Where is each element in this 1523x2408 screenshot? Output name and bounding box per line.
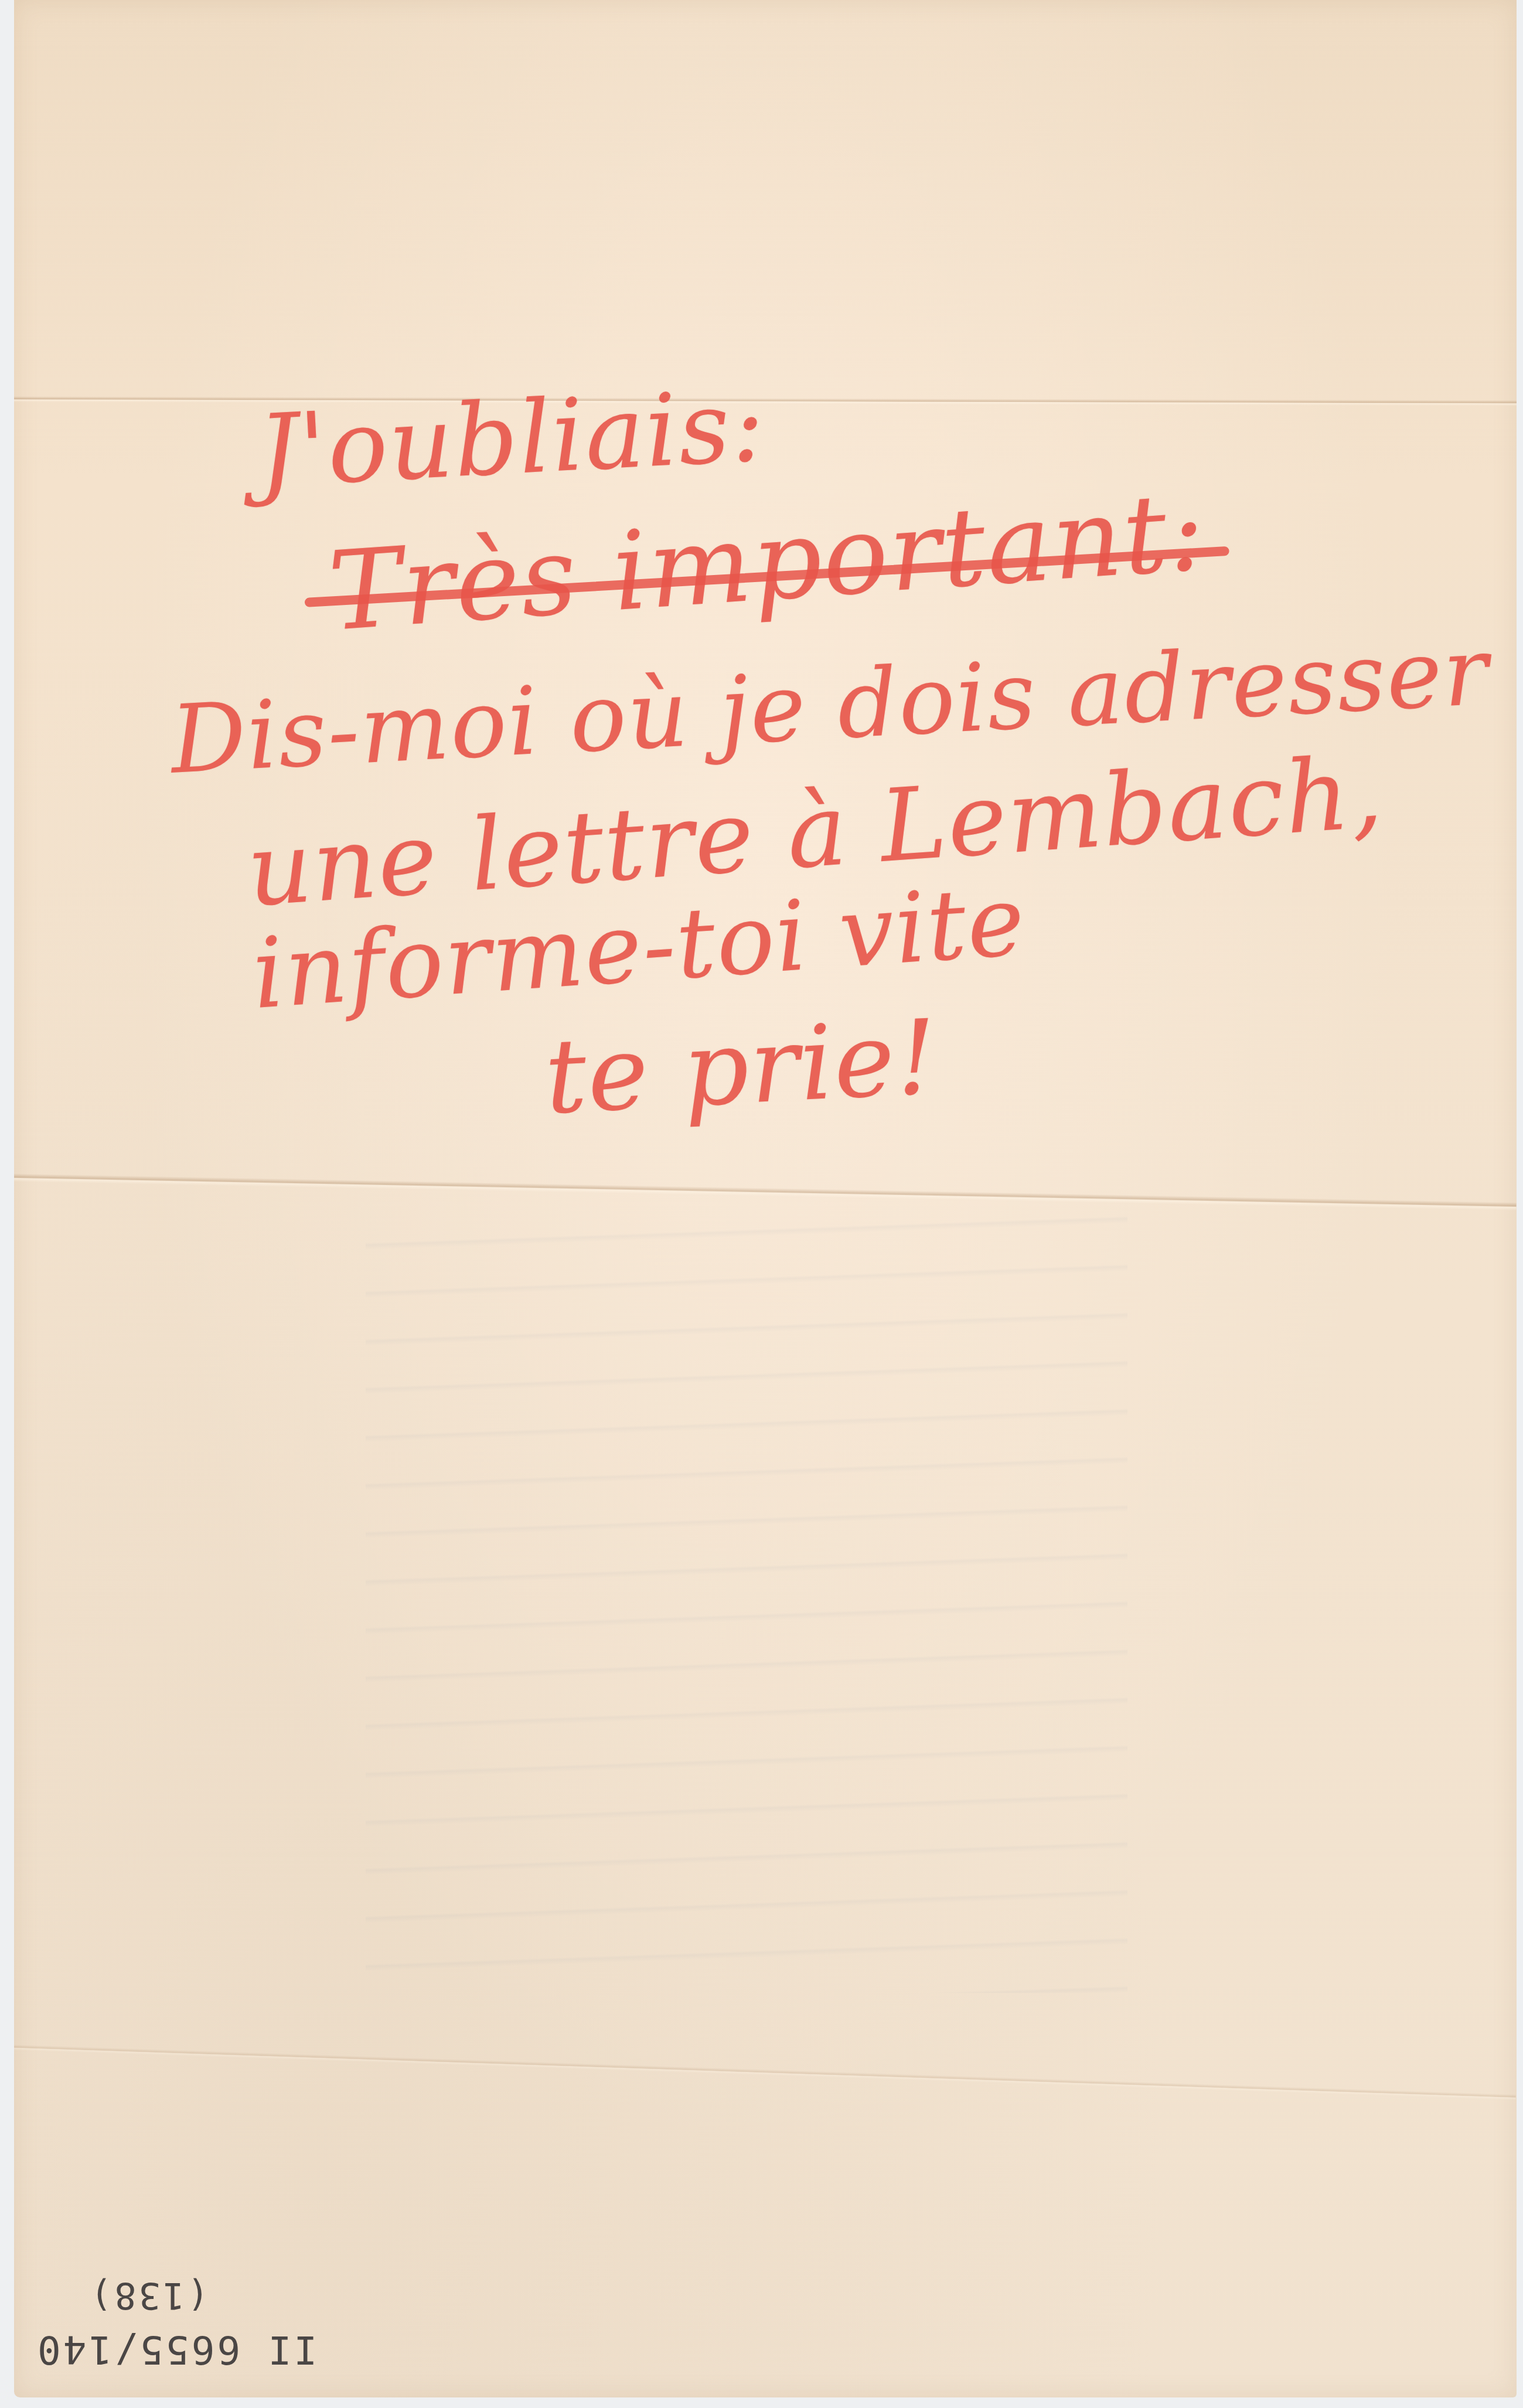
letter-sheet	[14, 0, 1517, 2397]
ink-show-through	[366, 1202, 1127, 1993]
fold-line-lower	[14, 2045, 1516, 2100]
archive-folio-number: (138)	[88, 2274, 209, 2317]
note-line-6: te prie!	[542, 998, 941, 1138]
archive-reference-number: II 6655/140	[35, 2327, 317, 2372]
fold-line-upper	[14, 396, 1517, 406]
